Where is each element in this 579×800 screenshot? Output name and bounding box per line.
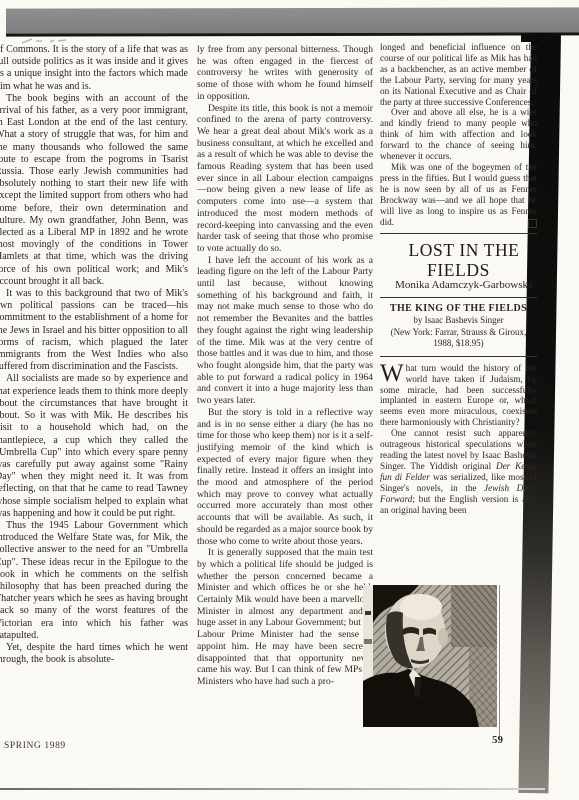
column-left-text: of Commons. It is the story of a life th… xyxy=(0,44,188,666)
paragraph: Despite its title, this book is not a me… xyxy=(197,103,373,255)
section-divider xyxy=(380,233,537,234)
paragraph: One cannot resist such apparently outrag… xyxy=(380,428,537,515)
paragraph: It was to this background that two of Mi… xyxy=(0,288,188,373)
paragraph: The book begins with an account of the a… xyxy=(0,93,188,288)
paragraph: It is generally supposed that the main t… xyxy=(197,547,373,687)
paragraph-text: Mik was one of the bogeymen of the press… xyxy=(380,162,537,227)
article-byline: Monika Adamczyk-Garbowska xyxy=(380,280,537,291)
scan-artifact-top-bar xyxy=(6,7,579,36)
page-number: 59 xyxy=(492,734,503,746)
paragraph-dropcap: W hat turn would the history of the worl… xyxy=(380,363,537,428)
column-left: of Commons. It is the story of a life th… xyxy=(0,44,188,744)
paragraph: Yet, despite the hard times which he wen… xyxy=(0,642,188,666)
paragraph: ly free from any personal bitterness. Th… xyxy=(197,44,373,103)
scan-artifact-spine-notch xyxy=(521,33,533,42)
drop-cap: W xyxy=(380,363,406,384)
article-title: LOST IN THE FIELDS xyxy=(380,240,537,280)
paragraph: Thus the 1945 Labour Government which in… xyxy=(0,520,188,642)
section-divider xyxy=(380,297,537,298)
magazine-page-scan: of Commons. It is the story of a life th… xyxy=(0,0,579,800)
scan-artifact-bottom-line xyxy=(0,788,545,790)
column-right: longed and beneficial influence on the c… xyxy=(380,42,537,515)
column-middle: ly free from any personal bitterness. Th… xyxy=(197,44,373,688)
book-title: THE KING OF THE FIELDS xyxy=(380,304,537,315)
issue-date: SPRING 1989 xyxy=(4,741,66,751)
article-title-line2: FIELDS xyxy=(427,260,490,280)
paragraph: Over and above all else, he is a wise an… xyxy=(380,107,537,162)
paragraph: But the story is told in a reflective wa… xyxy=(197,407,373,547)
section-divider xyxy=(380,356,537,357)
scan-artifact-column-rule xyxy=(499,585,500,741)
portrait-photo-isaac-bashevis-singer xyxy=(363,585,497,727)
book-citation: THE KING OF THE FIELDS by Isaac Bashevis… xyxy=(380,304,537,349)
book-author: by Isaac Bashevis Singer xyxy=(380,315,537,327)
article-title-line1: LOST IN THE xyxy=(409,240,520,260)
book-publisher: (New York: Farrar, Strauss & Giroux, 198… xyxy=(380,327,537,350)
paragraph: I have left the account of his work as a… xyxy=(197,255,373,407)
paragraph: longed and beneficial influence on the c… xyxy=(380,42,537,107)
paragraph: All socialists are made so by experience… xyxy=(0,373,188,519)
paragraph: Mik was one of the bogeymen of the press… xyxy=(380,162,537,227)
paragraph: of Commons. It is the story of a life th… xyxy=(0,44,188,93)
end-of-article-square-icon xyxy=(528,219,537,228)
